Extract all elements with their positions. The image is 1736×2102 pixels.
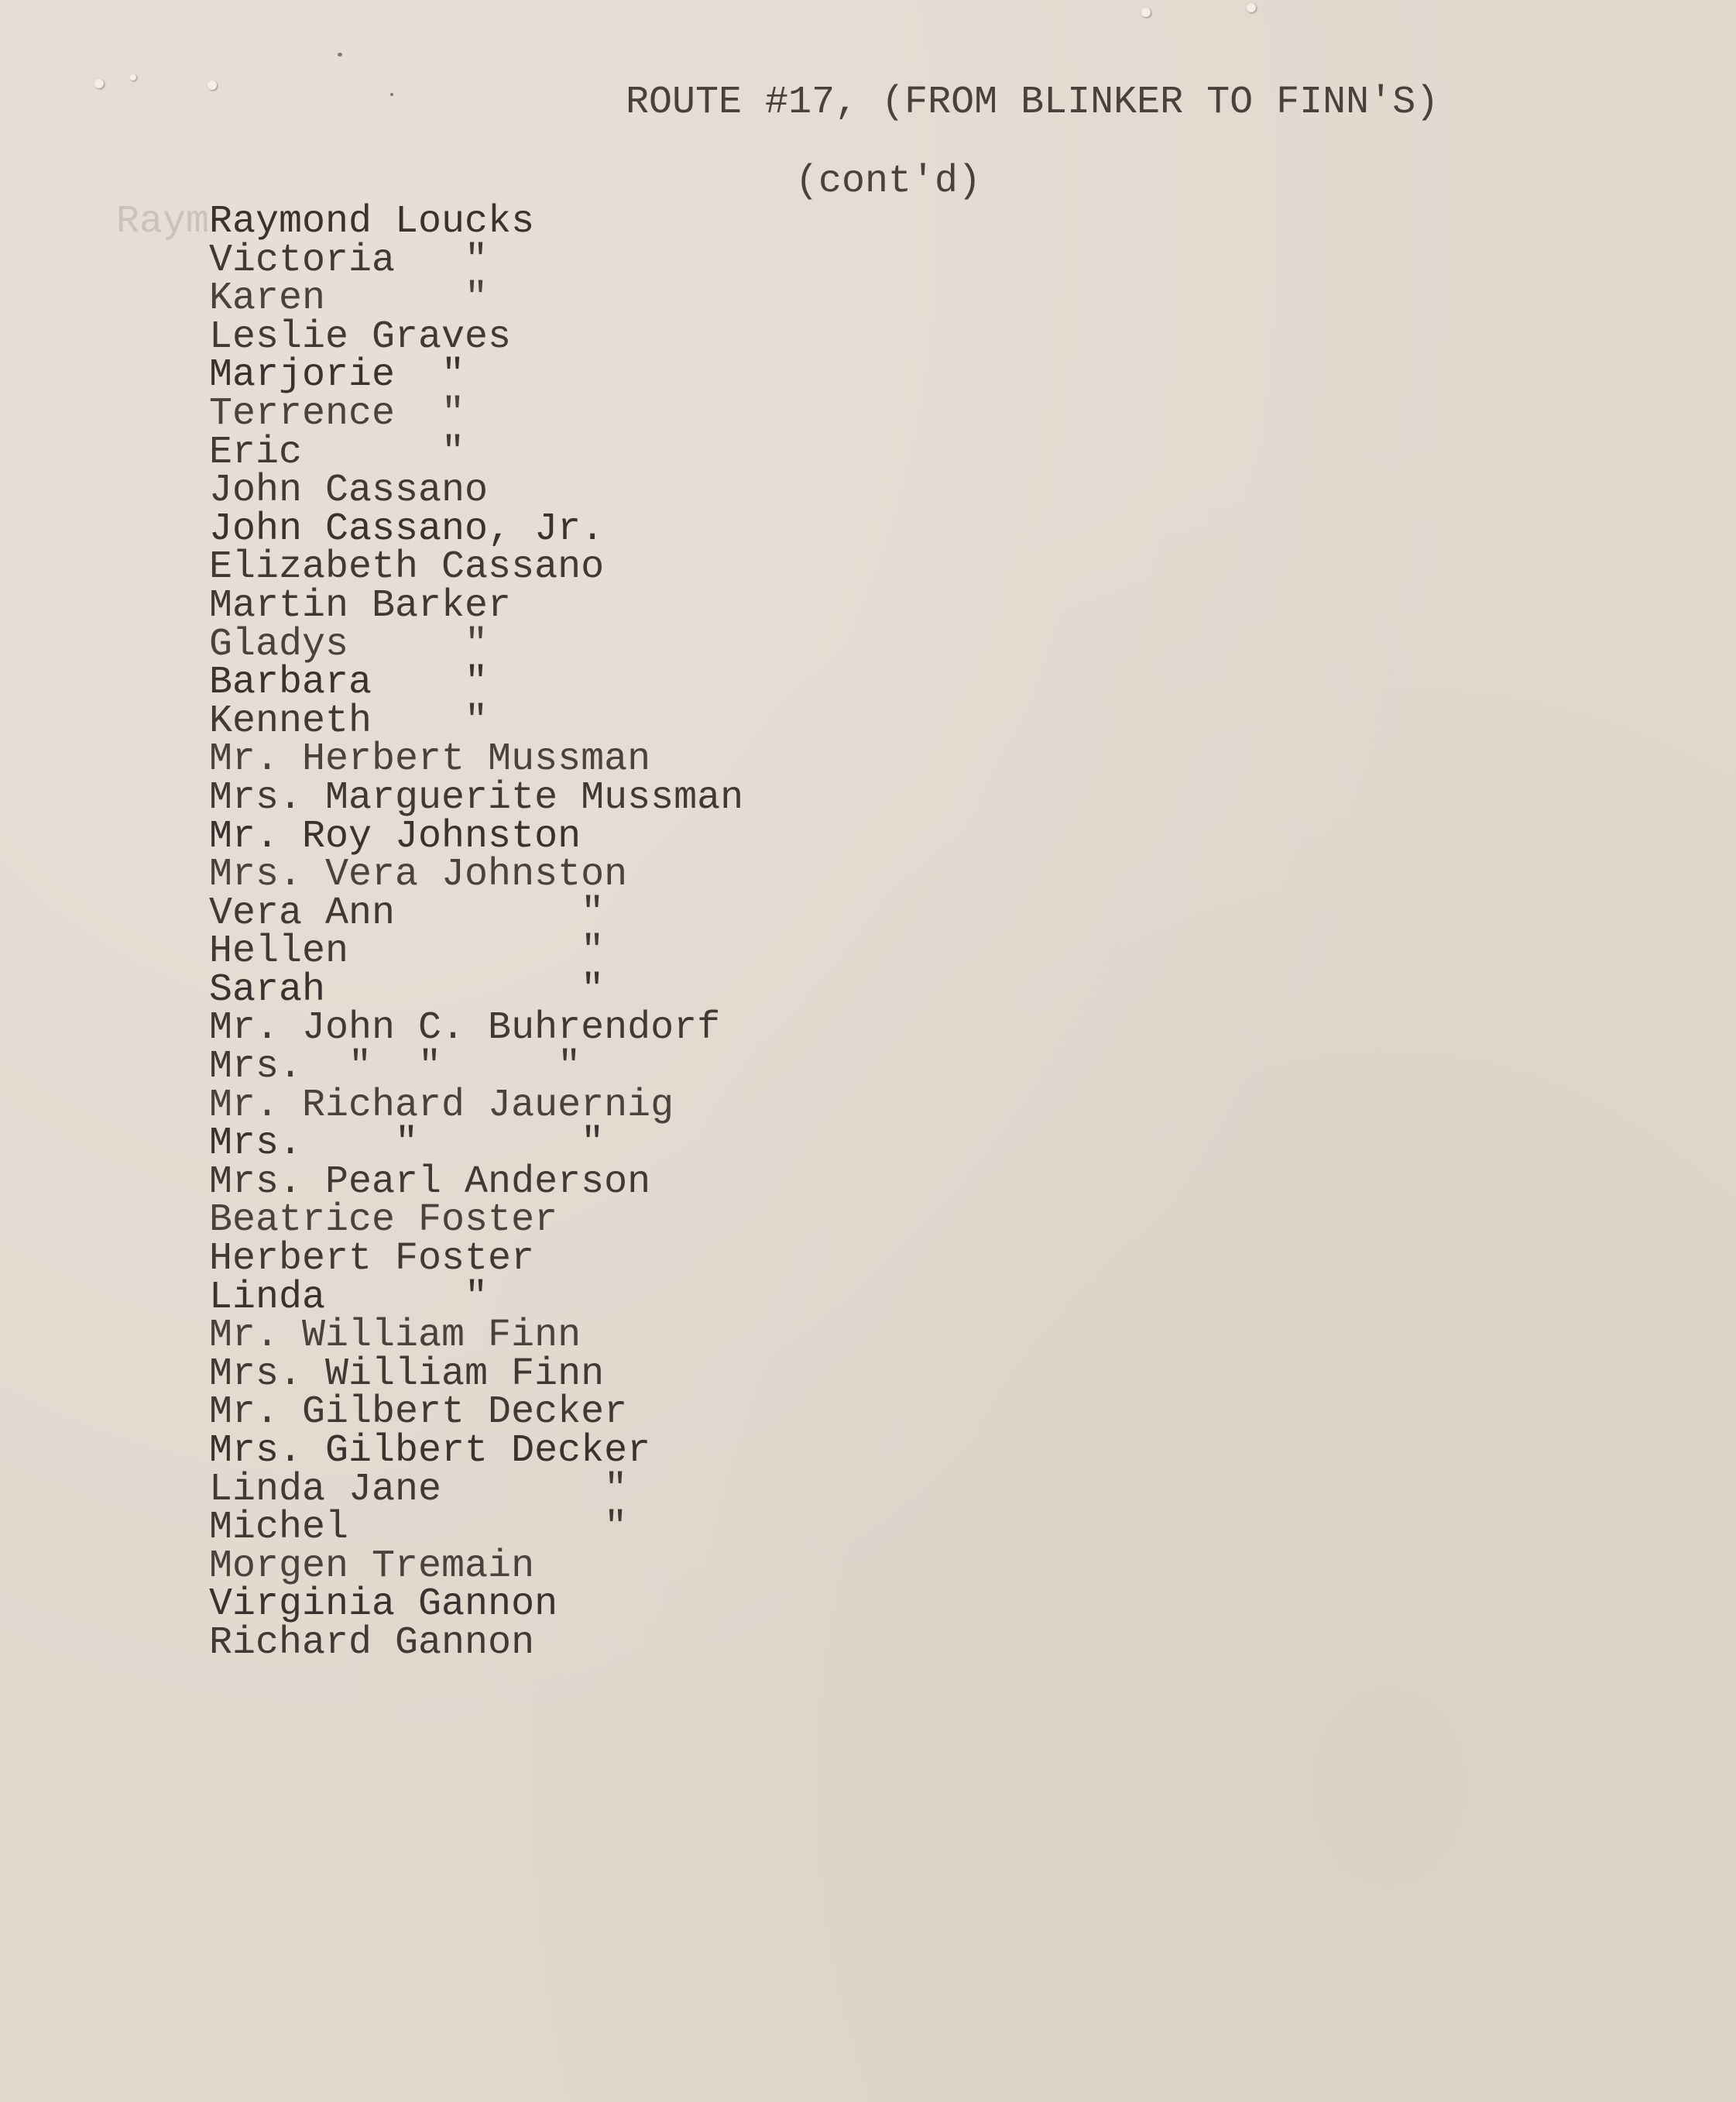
name-entry: Eric " bbox=[209, 434, 743, 472]
struck-over-text: Raym bbox=[116, 203, 209, 242]
name-entry: Mrs. William Finn bbox=[209, 1355, 743, 1394]
name-entry: Herbert Foster bbox=[209, 1240, 743, 1279]
name-entry: Mrs. Vera Johnston bbox=[209, 856, 743, 895]
name-entry: John Cassano bbox=[209, 472, 743, 510]
name-entry: Mr. Herbert Mussman bbox=[209, 740, 743, 779]
name-entry: Mrs. " " " bbox=[209, 1048, 743, 1087]
name-entry: Richard Gannon bbox=[209, 1624, 743, 1663]
punch-hole bbox=[1247, 3, 1256, 12]
name-entry: Terrence " bbox=[209, 395, 743, 434]
name-entry: Vera Ann " bbox=[209, 895, 743, 933]
ink-speck bbox=[390, 93, 393, 96]
name-entry: Barbara " bbox=[209, 664, 743, 702]
name-entry: Hellen " bbox=[209, 933, 743, 971]
name-entry: Leslie Graves bbox=[209, 318, 743, 357]
name-entry: Mr. Roy Johnston bbox=[209, 818, 743, 857]
name-entry: Kenneth " bbox=[209, 702, 743, 741]
name-entry: Victoria " bbox=[209, 242, 743, 280]
name-entry: Michel " bbox=[209, 1509, 743, 1547]
name-entry: Karen " bbox=[209, 280, 743, 318]
name-entry: Marjorie " bbox=[209, 356, 743, 395]
name-entry: Mr. Richard Jauernig bbox=[209, 1087, 743, 1125]
name-entry: Sarah " bbox=[209, 971, 743, 1010]
name-entry: Morgen Tremain bbox=[209, 1547, 743, 1586]
passenger-name-list: Raymond LoucksVictoria "Karen "Leslie Gr… bbox=[209, 203, 743, 1663]
name-entry: Virginia Gannon bbox=[209, 1585, 743, 1624]
punch-hole bbox=[1141, 8, 1151, 17]
name-entry: Mrs. Gilbert Decker bbox=[209, 1432, 743, 1471]
name-entry: Mr. Gilbert Decker bbox=[209, 1393, 743, 1432]
name-entry: Mrs. " " bbox=[209, 1125, 743, 1163]
name-entry: John Cassano, Jr. bbox=[209, 510, 743, 549]
name-entry: Gladys " bbox=[209, 626, 743, 665]
name-entry: Linda Jane " bbox=[209, 1471, 743, 1510]
punch-hole bbox=[208, 81, 217, 90]
punch-hole bbox=[130, 74, 136, 81]
route-title: ROUTE #17, (FROM BLINKER TO FINN'S) bbox=[626, 81, 1439, 125]
punch-hole bbox=[94, 79, 104, 88]
name-entry: Beatrice Foster bbox=[209, 1201, 743, 1240]
continued-label: (cont'd) bbox=[795, 163, 1439, 201]
name-entry: Martin Barker bbox=[209, 587, 743, 626]
ink-speck bbox=[338, 53, 342, 57]
typewritten-page: ROUTE #17, (FROM BLINKER TO FINN'S) (con… bbox=[0, 0, 1736, 2102]
name-entry: Mr. John C. Buhrendorf bbox=[209, 1009, 743, 1048]
name-entry: Linda " bbox=[209, 1279, 743, 1317]
name-entry: Elizabeth Cassano bbox=[209, 548, 743, 587]
name-entry: Mrs. Marguerite Mussman bbox=[209, 779, 743, 818]
name-entry: Mr. William Finn bbox=[209, 1317, 743, 1355]
name-entry: Raymond Loucks bbox=[209, 203, 743, 242]
name-entry: Mrs. Pearl Anderson bbox=[209, 1163, 743, 1202]
